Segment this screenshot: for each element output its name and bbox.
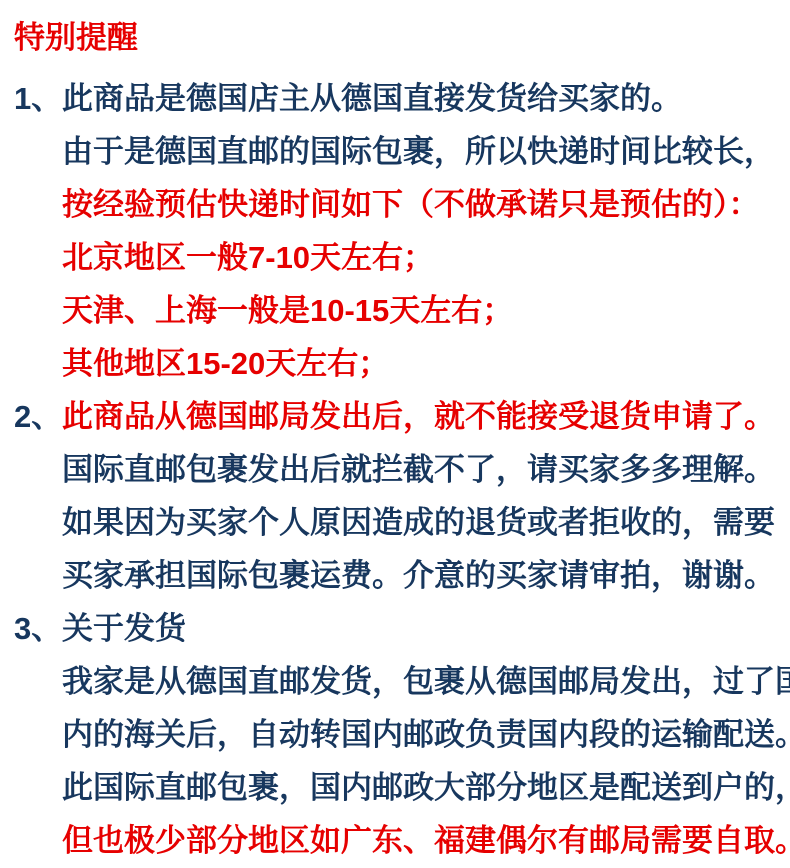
line-text: 我家是从德国直邮发货，包裹从德国邮局发出，过了国 (62, 664, 790, 699)
item-number: 3、 (14, 602, 62, 655)
line-text: 北京地区一般7-10天左右； (62, 240, 434, 275)
notice-line-12: 我家是从德国直邮发货，包裹从德国邮局发出，过了国 (14, 655, 790, 708)
line-text: 但也极少部分地区如广东、福建偶尔有邮局需要自取。 (62, 823, 790, 858)
item-number: 2、 (14, 390, 62, 443)
line-text: 此商品从德国邮局发出后，就不能接受退货申请了。 (62, 399, 775, 434)
line-text: 此商品是德国店主从德国直接发货给买家的。 (62, 81, 682, 116)
notice-line-15: 但也极少部分地区如广东、福建偶尔有邮局需要自取。 (14, 814, 790, 867)
line-text: 关于发货 (62, 611, 186, 646)
notice-line-11: 3、关于发货 (14, 602, 790, 655)
notice-line-6: 其他地区15-20天左右； (14, 337, 790, 390)
notice-line-1: 1、此商品是德国店主从德国直接发货给买家的。 (14, 72, 790, 125)
page-title: 特别提醒 (14, 20, 790, 56)
line-text: 买家承担国际包裹运费。介意的买家请审拍，谢谢。 (62, 558, 775, 593)
notice-line-14: 此国际直邮包裹，国内邮政大部分地区是配送到户的， (14, 761, 790, 814)
line-text: 由于是德国直邮的国际包裹，所以快递时间比较长， (62, 134, 775, 169)
line-text: 如果因为买家个人原因造成的退货或者拒收的，需要 (62, 505, 775, 540)
notice-line-8: 国际直邮包裹发出后就拦截不了，请买家多多理解。 (14, 443, 790, 496)
notice-line-4: 北京地区一般7-10天左右； (14, 231, 790, 284)
notice-line-7: 2、此商品从德国邮局发出后，就不能接受退货申请了。 (14, 390, 790, 443)
item-number: 1、 (14, 72, 62, 125)
notice-line-13: 内的海关后，自动转国内邮政负责国内段的运输配送。 (14, 708, 790, 761)
line-text: 天津、上海一般是10-15天左右； (62, 293, 513, 328)
notice-line-2: 由于是德国直邮的国际包裹，所以快递时间比较长， (14, 125, 790, 178)
notice-line-9: 如果因为买家个人原因造成的退货或者拒收的，需要 (14, 496, 790, 549)
line-text: 其他地区15-20天左右； (62, 346, 389, 381)
line-text: 按经验预估快递时间如下（不做承诺只是预估的）： (62, 187, 760, 222)
line-text: 内的海关后，自动转国内邮政负责国内段的运输配送。 (62, 717, 790, 752)
notice-line-5: 天津、上海一般是10-15天左右； (14, 284, 790, 337)
notice-line-3: 按经验预估快递时间如下（不做承诺只是预估的）： (14, 178, 790, 231)
notice-page: 特别提醒 1、此商品是德国店主从德国直接发货给买家的。 由于是德国直邮的国际包裹… (0, 0, 790, 868)
line-text: 此国际直邮包裹，国内邮政大部分地区是配送到户的， (62, 770, 790, 805)
line-text: 国际直邮包裹发出后就拦截不了，请买家多多理解。 (62, 452, 775, 487)
notice-line-10: 买家承担国际包裹运费。介意的买家请审拍，谢谢。 (14, 549, 790, 602)
